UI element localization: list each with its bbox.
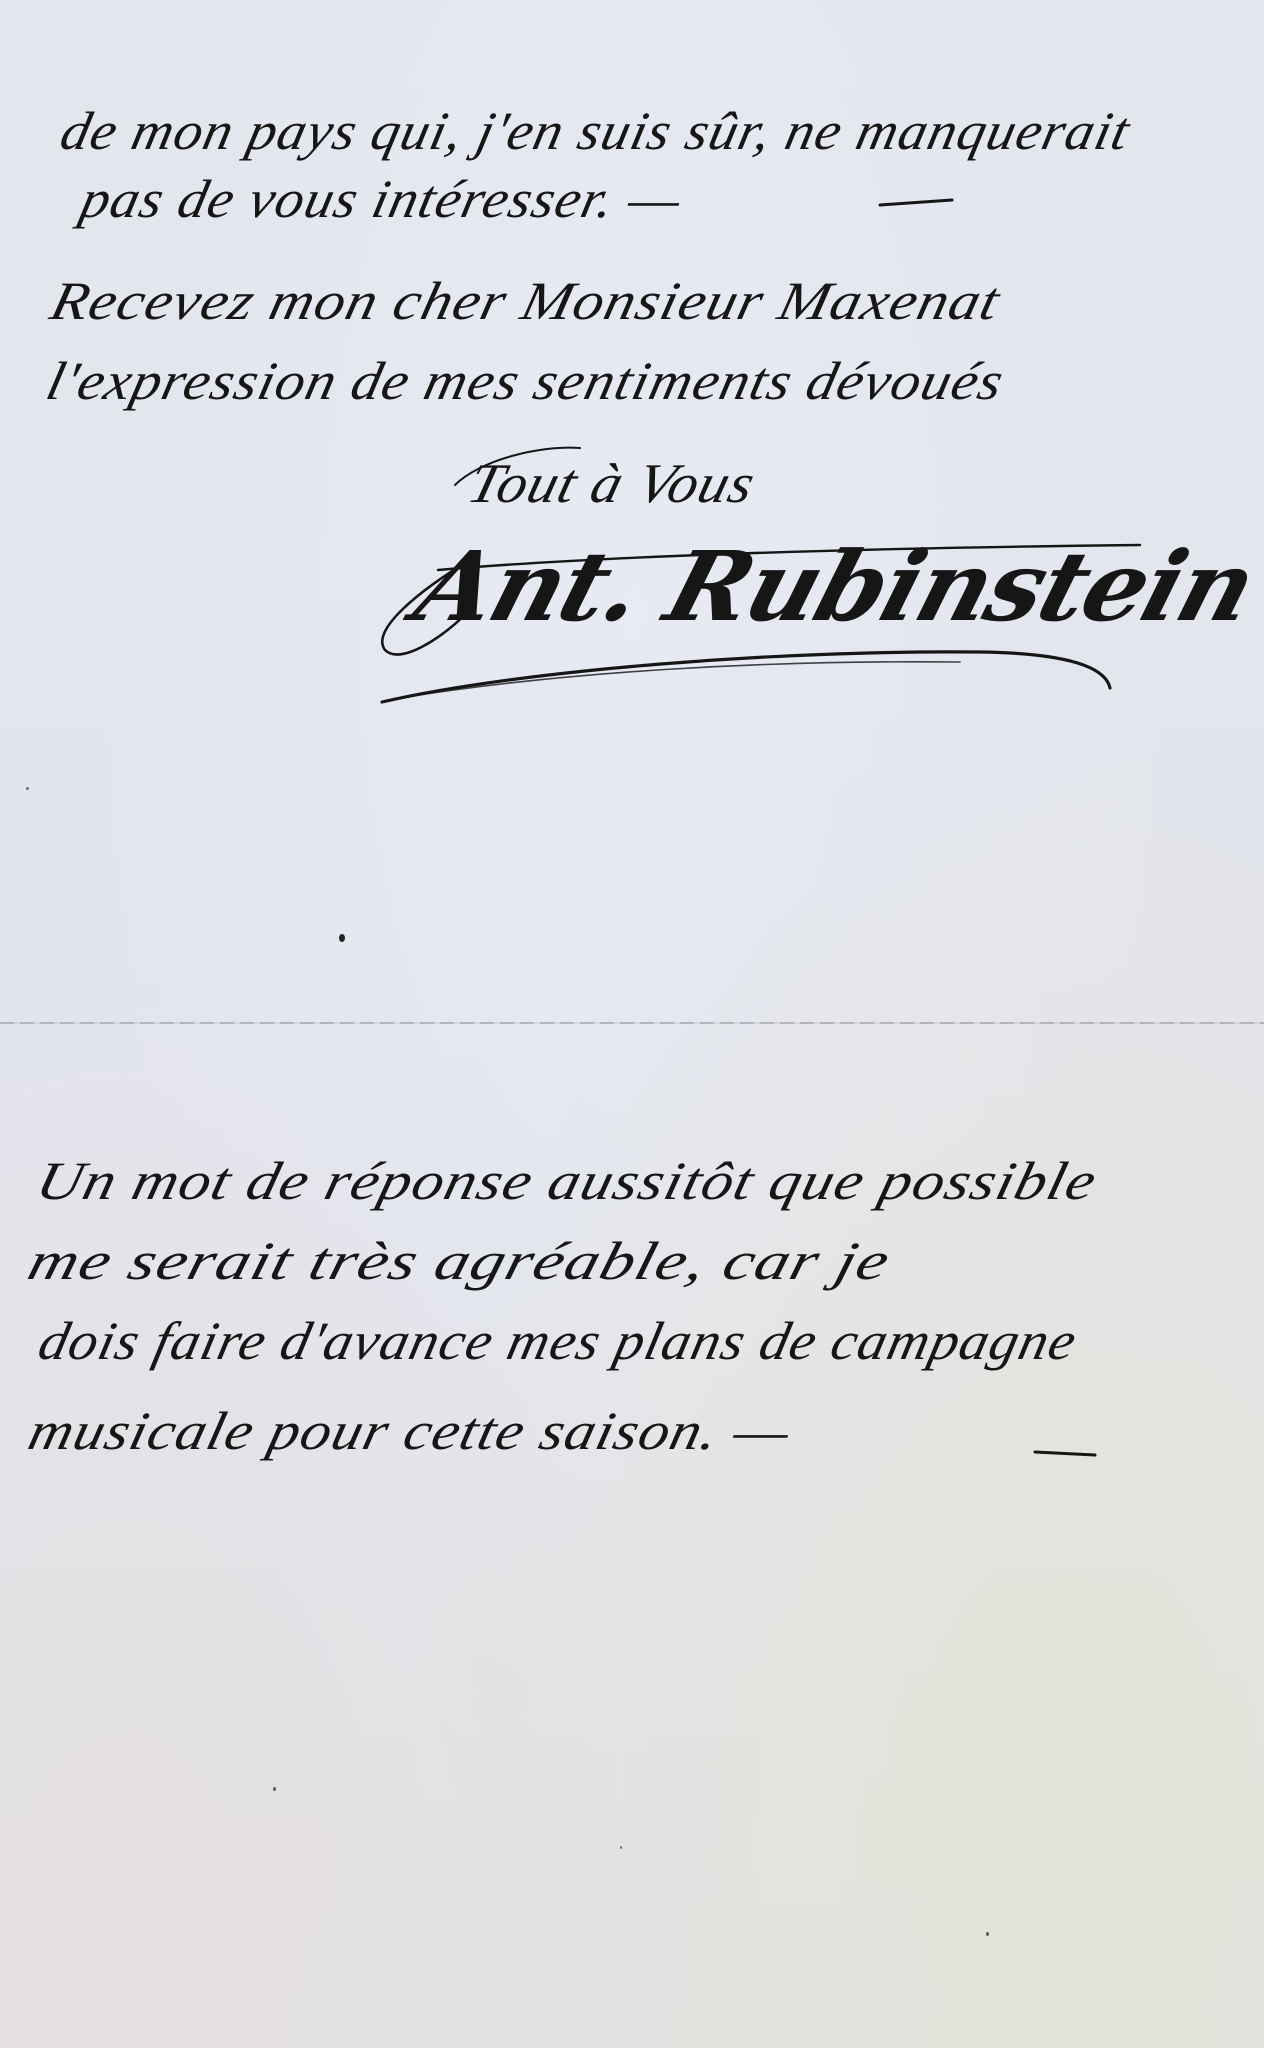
letter-line-4: l'expression de mes sentiments dévoués	[41, 350, 1010, 412]
postscript-line-1: Un mot de réponse aussitôt que possible	[30, 1150, 1103, 1212]
signature: Ant. Rubinstein	[403, 530, 1264, 643]
letter-line-2: pas de vous intéresser. —	[75, 168, 688, 230]
letter-line-1: de mon pays qui, j'en suis sûr, ne manqu…	[55, 100, 1136, 162]
ink-speck	[339, 934, 345, 942]
ink-speck	[273, 1787, 276, 1791]
postscript-line-3: dois faire d'avance mes plans de campagn…	[33, 1310, 1083, 1372]
closing-text: Tout à Vous	[462, 452, 763, 516]
ink-speck	[986, 1932, 989, 1936]
letter-line-3: Recevez mon cher Monsieur Maxenat	[45, 270, 1007, 332]
paper-fold-line	[0, 1022, 1264, 1024]
postscript-line-4: musicale pour cette saison. —	[23, 1400, 798, 1462]
ink-speck	[26, 787, 29, 790]
postscript-line-2: me serait très agréable, car je	[22, 1230, 898, 1292]
ink-speck	[620, 1846, 622, 1849]
